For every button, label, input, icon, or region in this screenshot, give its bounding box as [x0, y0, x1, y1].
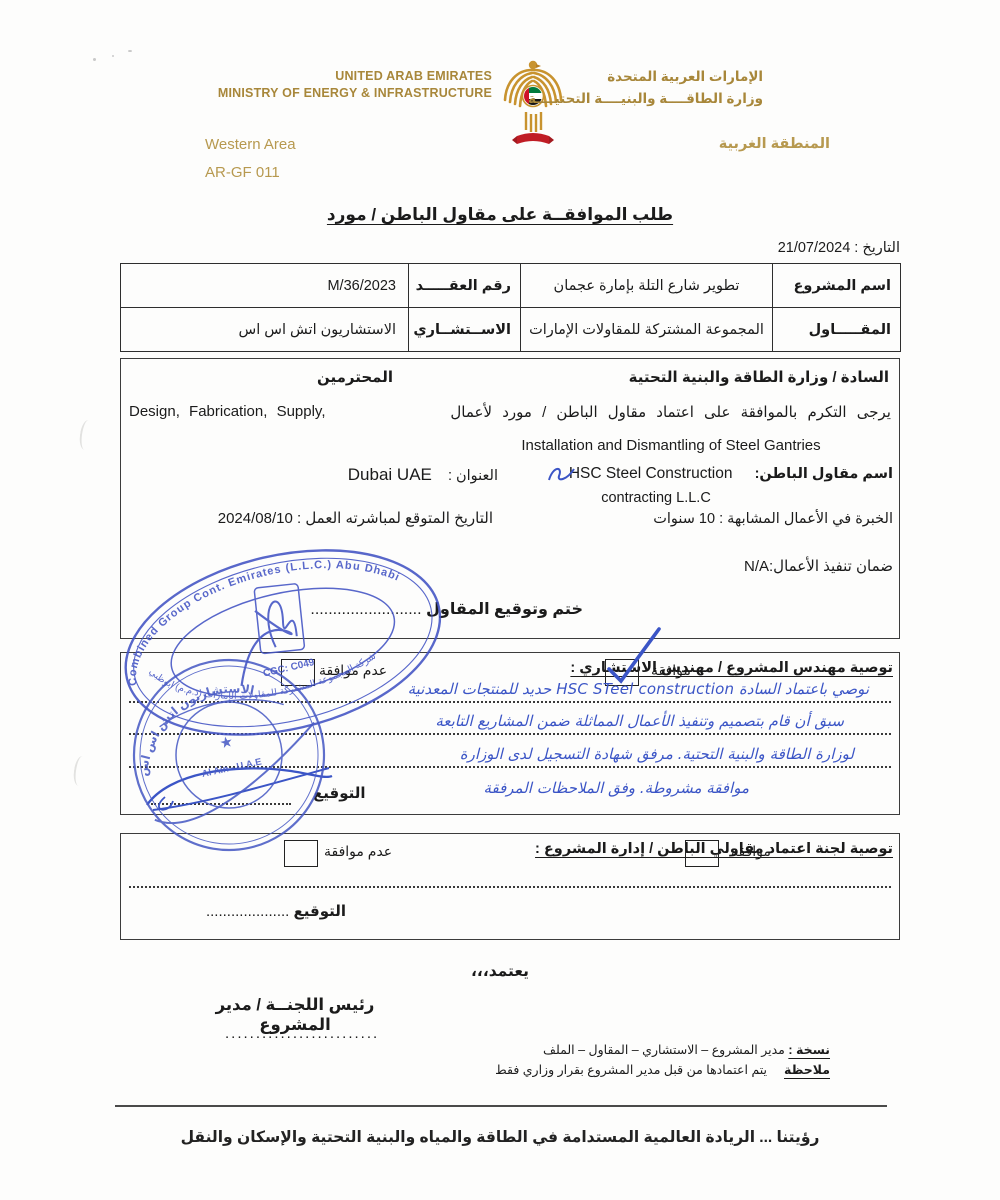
consultant-section-box: توصية مهندس المشروع / مهندس الاستشاري : … [120, 652, 900, 815]
subcontractor-row: اسم مقاول الباطن: HSC Steel Construction [569, 465, 893, 483]
committee-approve-checkbox [685, 840, 719, 867]
address-row: العنوان : Dubai UAE [221, 465, 498, 485]
salutation: السادة / وزارة الطاقة والبنية التحتية [629, 368, 889, 386]
committee-approve-label: موافقة [731, 843, 771, 860]
contractor-label: المقـــــاول [773, 308, 901, 352]
table-row: المقـــــاول المجموعة المشتركة للمقاولات… [121, 308, 901, 352]
request-section-box: السادة / وزارة الطاقة والبنية التحتية ال… [120, 358, 900, 639]
committee-signature-dots: .................... [206, 903, 289, 920]
pen-scribble-icon [545, 462, 577, 488]
copy-line: نسخة : مدير المشروع – الاستشاري – المقاو… [543, 1042, 830, 1057]
consultant-label: الاســتشــاري [409, 308, 521, 352]
table-row: اسم المشروع تطوير شارع التلة بإمارة عجما… [121, 264, 901, 308]
form-code: AR-GF 011 [205, 164, 280, 181]
handwriting-line-4: موافقة مشروطة. وفق الملاحظات المرفقة [483, 779, 749, 797]
committee-reject-label: عدم موافقة [324, 843, 392, 860]
chairman-signature-dots: ......................... [225, 1025, 379, 1042]
date-line: التاريخ : 21/07/2024 [778, 240, 900, 256]
address-label: العنوان : [448, 468, 498, 484]
note-label: ملاحظة [784, 1063, 830, 1077]
guarantee-row: ضمان تنفيذ الأعمال:N/A [744, 557, 893, 575]
form-title: طلب الموافقــة على مقاول الباطن / مورد [280, 205, 720, 225]
honorific: المحترمين [317, 368, 393, 386]
request-line-arabic: يرجى التكرم بالموافقة على اعتماد مقاول ا… [450, 403, 891, 421]
committee-signature-row: التوقيع .................... [136, 902, 346, 920]
project-info-table: اسم المشروع تطوير شارع التلة بإمارة عجما… [120, 263, 901, 352]
consultant-value: الاستشاريون اتش اس اس [121, 308, 409, 352]
dotted-line [129, 886, 891, 888]
work-description-en-2: Installation and Dismantling of Steel Ga… [451, 437, 891, 454]
request-line: يرجى التكرم بالموافقة على اعتماد مقاول ا… [129, 403, 891, 421]
work-description-en-1: Design, Fabrication, Supply, [129, 403, 325, 421]
copy-label: نسخة : [788, 1043, 830, 1057]
project-name-label: اسم المشروع [773, 264, 901, 308]
scanned-document-page: UNITED ARAB EMIRATES MINISTRY OF ENERGY … [0, 0, 1000, 1200]
contract-no-value: M/36/2023 [121, 264, 409, 308]
consultant-stamp-center-text: Al Ain - U.A.E [201, 756, 263, 779]
ministry-name-english: UNITED ARAB EMIRATES MINISTRY OF ENERGY … [218, 68, 492, 102]
header-en-line2: MINISTRY OF ENERGY & INFRASTRUCTURE [218, 85, 492, 102]
committee-signature-label: التوقيع [294, 903, 347, 920]
ministry-name-arabic: الإمارات العربية المتحدة وزارة الطاقــــ… [528, 66, 763, 110]
region-label-en: Western Area [205, 136, 296, 153]
handwriting-line-3: لوزارة الطاقة والبنية التحتية. مرفق شهاد… [460, 745, 854, 763]
project-name-value: تطوير شارع التلة بإمارة عجمان [521, 264, 773, 308]
contractor-value: المجموعة المشتركة للمقاولات الإمارات [521, 308, 773, 352]
approval-word: يعتمد،،، [400, 962, 600, 981]
start-date-row: التاريخ المتوقع لمباشرته العمل : 2024/08… [151, 509, 493, 527]
subcontractor-name-2: contracting L.L.C [591, 490, 721, 506]
scan-artifact [72, 755, 89, 787]
address-value: Dubai UAE [348, 465, 432, 484]
note-text: يتم اعتمادها من قبل مدير المشروع بقرار و… [495, 1063, 767, 1077]
subcontractor-name: HSC Steel Construction [569, 465, 733, 482]
header-ar-line2: وزارة الطاقــــة والبنيــــة التحتيــــة [528, 88, 763, 110]
copy-text: مدير المشروع – الاستشاري – المقاول – الم… [543, 1043, 785, 1057]
vision-statement: رؤيتنا ... الريادة العالمية المستدامة في… [100, 1128, 900, 1147]
note-line: ملاحظة يتم اعتمادها من قبل مدير المشروع … [495, 1062, 830, 1077]
header-ar-line1: الإمارات العربية المتحدة [528, 66, 763, 88]
check-mark-icon [601, 623, 667, 689]
experience-row: الخبرة في الأعمال المشابهة : 10 سنوات [653, 511, 893, 527]
handwriting-line-2: سبق أن قام بتصميم وتنفيذ الأعمال المماثل… [435, 712, 844, 730]
footer-divider [115, 1105, 887, 1107]
star-icon: ★ [218, 733, 235, 752]
region-label-ar: المنطقة الغربية [719, 136, 830, 152]
subcontractor-label: اسم مقاول الباطن: [755, 466, 893, 482]
header-en-line1: UNITED ARAB EMIRATES [218, 68, 492, 85]
scan-artifact [78, 419, 95, 451]
contract-no-label: رقم العقـــــد [409, 264, 521, 308]
